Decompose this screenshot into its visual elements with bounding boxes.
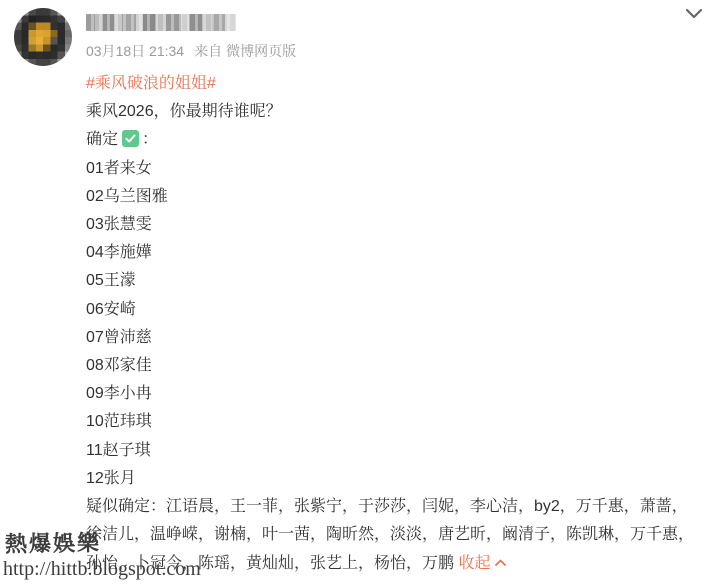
source-link[interactable]: 微博网页版 (226, 43, 296, 59)
confirmed-item: 08邓家佳 (86, 352, 704, 380)
post-body: #乘风破浪的姐姐# 乘风2026，你最期待谁呢？ 确定： 01者来女 02乌兰图… (86, 70, 704, 579)
confirmed-item: 06安崎 (86, 296, 704, 324)
confirmed-item: 01者来女 (86, 155, 704, 183)
confirmed-item: 09李小冉 (86, 380, 704, 408)
confirmed-item: 07曾沛慈 (86, 324, 704, 352)
post-meta: 03月18日 21:34来自微博网页版 (86, 41, 704, 61)
weibo-post: 03月18日 21:34来自微博网页版 #乘风破浪的姐姐# 乘风2026，你最期… (0, 0, 722, 584)
confirmed-item: 11赵子琪 (86, 437, 704, 465)
hashtag-link[interactable]: #乘风破浪的姐姐# (86, 75, 216, 92)
avatar-pixel-mosaic (14, 8, 72, 66)
confirmed-item: 02乌兰图雅 (86, 183, 704, 211)
confirmed-item: 05王濛 (86, 267, 704, 295)
suspected-line-last: 孙怡，卜冠今，陈瑶，黄灿灿，张艺上，杨怡，万鹏 收起 (86, 549, 704, 578)
chevron-up-icon (494, 549, 507, 577)
confirmed-item: 12张月 (86, 465, 704, 493)
suspected-line: 徐洁儿，温峥嵘，谢楠，叶一茜，陶昕然，淡淡，唐艺昕，阚清子，陈凯琳，万千惠， (86, 521, 704, 549)
confirmed-item: 03张慧雯 (86, 211, 704, 239)
collapse-link[interactable]: 收起 (458, 555, 507, 572)
intro-text: 乘风2026，你最期待谁呢？ (86, 98, 704, 126)
post-content: 03月18日 21:34来自微博网页版 #乘风破浪的姐姐# 乘风2026，你最期… (86, 8, 704, 579)
suspected-line: 疑似确定：江语晨，王一菲，张紫宁，于莎莎，闫妮，李心洁，by2，万千惠，萧蔷， (86, 493, 704, 521)
source-prefix: 来自 (194, 43, 222, 59)
confirmed-item: 10范玮琪 (86, 408, 704, 436)
confirmed-header: 确定： (86, 126, 704, 154)
timestamp: 03月18日 21:34 (86, 43, 184, 59)
green-check-emoji (122, 130, 139, 147)
avatar[interactable] (14, 8, 72, 66)
confirmed-item: 04李施嬅 (86, 239, 704, 267)
username-blurred[interactable] (86, 14, 236, 31)
